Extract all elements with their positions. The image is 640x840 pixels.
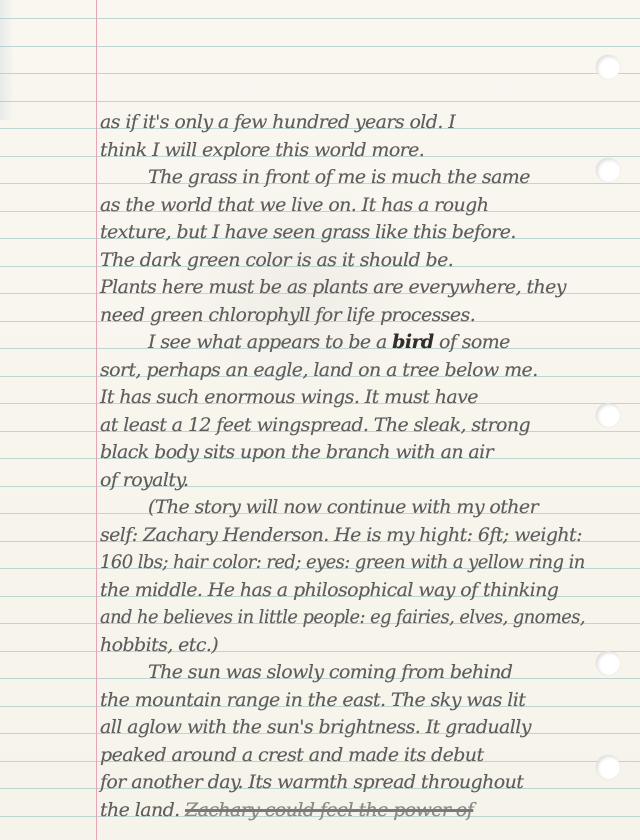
emphasized-word: bird bbox=[392, 331, 433, 353]
text-line: as if it's only a few hundred years old.… bbox=[100, 111, 455, 133]
struck-through-text: Zachary could feel the power of bbox=[185, 799, 473, 821]
text-line: the middle. He has a philosophical way o… bbox=[100, 579, 558, 601]
text-line: at least a 12 feet wingspread. The sleak… bbox=[100, 414, 530, 436]
text-line: think I will explore this world more. bbox=[100, 139, 424, 161]
text-line: hobbits, etc.) bbox=[100, 634, 218, 656]
text-line: for another day. Its warmth spread throu… bbox=[100, 771, 523, 793]
text-line: black body sits upon the branch with an … bbox=[100, 441, 493, 463]
text-line: as the world that we live on. It has a r… bbox=[100, 194, 488, 216]
text-line: The dark green color is as it should be. bbox=[100, 249, 453, 271]
text-line: peaked around a crest and made its debut bbox=[100, 744, 483, 766]
text-line: of royalty. bbox=[100, 469, 188, 491]
text-line: sort, perhaps an eagle, land on a tree b… bbox=[100, 359, 538, 381]
text-line: 160 lbs; hair color: red; eyes: green wi… bbox=[100, 551, 585, 573]
text-line: It has such enormous wings. It must have bbox=[100, 386, 478, 408]
text-line: The grass in front of me is much the sam… bbox=[148, 166, 530, 188]
notebook-page: as if it's only a few hundred years old.… bbox=[0, 0, 640, 840]
text-line: and he believes in little people: eg fai… bbox=[100, 606, 585, 628]
text-line: the mountain range in the east. The sky … bbox=[100, 689, 525, 711]
text-line: The sun was slowly coming from behind bbox=[148, 661, 512, 683]
text-line: all aglow with the sun's brightness. It … bbox=[100, 716, 531, 738]
text-line: Plants here must be as plants are everyw… bbox=[100, 276, 566, 298]
text-line: self: Zachary Henderson. He is my hight:… bbox=[100, 524, 582, 546]
text-line: need green chlorophyll for life processe… bbox=[100, 304, 475, 326]
text-line: texture, but I have seen grass like this… bbox=[100, 221, 516, 243]
text-line: (The story will now continue with my oth… bbox=[148, 496, 538, 518]
text-line: the land. Zachary could feel the power o… bbox=[100, 799, 473, 821]
text-line: I see what appears to be a bird of some bbox=[148, 331, 510, 353]
handwritten-text: as if it's only a few hundred years old.… bbox=[0, 0, 640, 840]
